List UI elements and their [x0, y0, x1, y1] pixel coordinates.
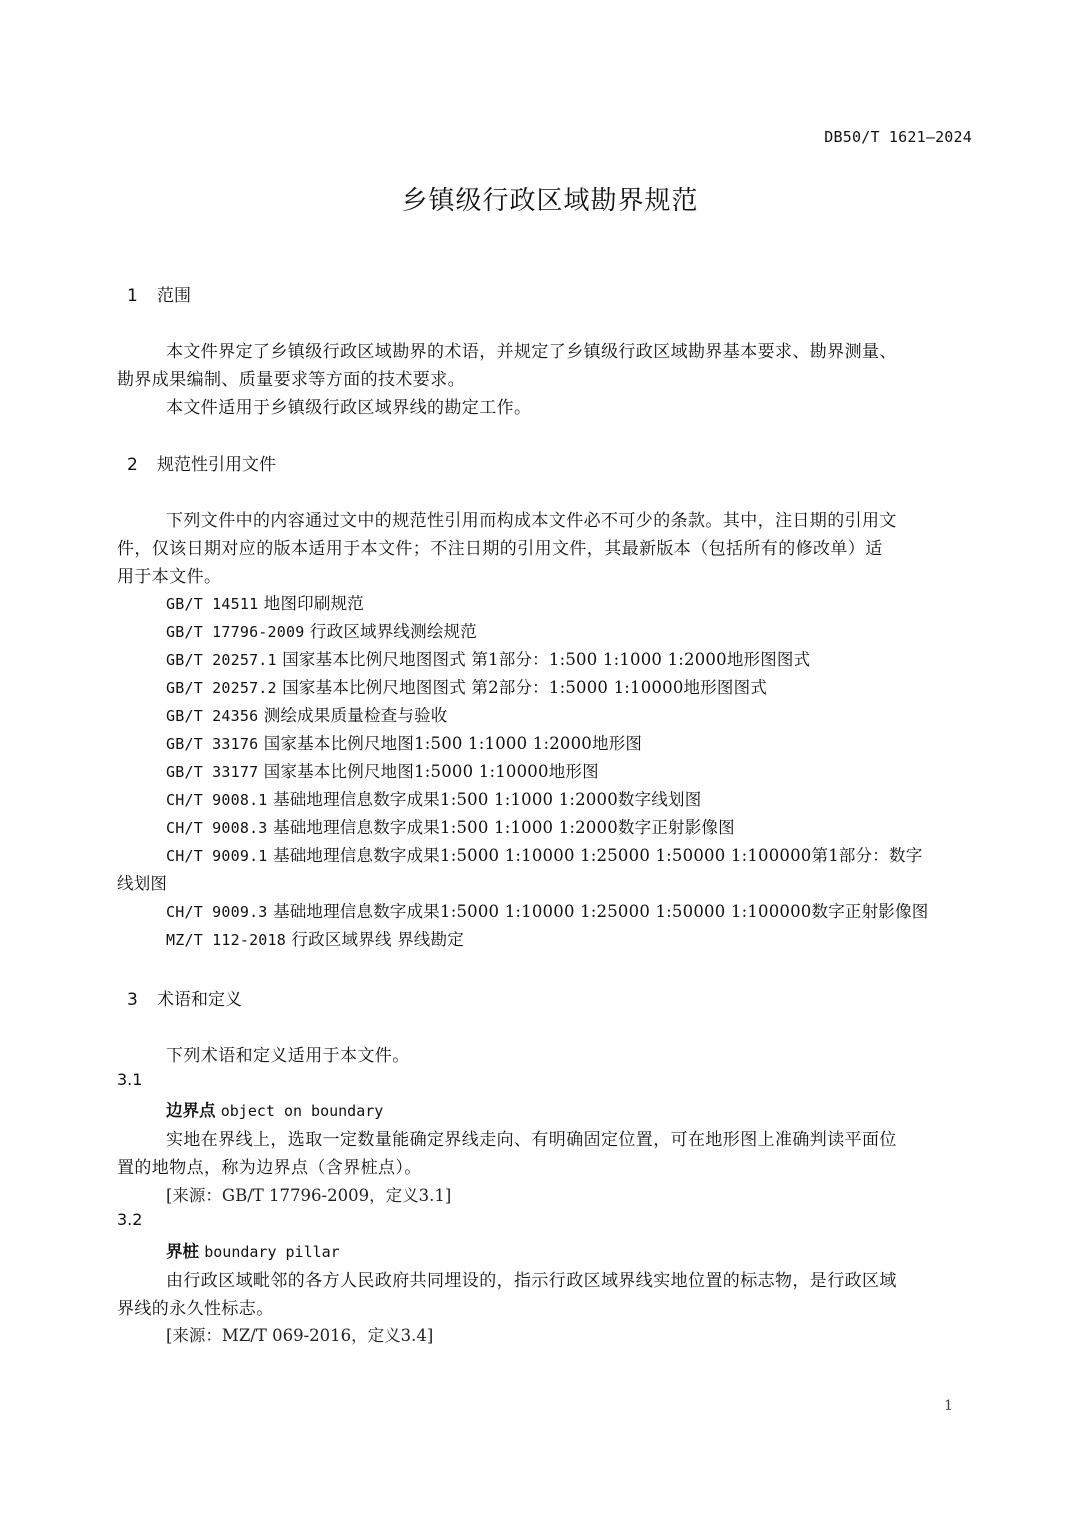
- reference-title: 地图印刷规范: [264, 594, 364, 613]
- reference-code: GB/T 20257.2: [166, 679, 277, 697]
- term-name: 界桩 boundary pillar: [166, 1238, 340, 1262]
- section-title: 范围: [157, 286, 191, 306]
- reference-item: GB/T 17796-2009 行政区域界线测绘规范: [166, 618, 477, 642]
- reference-title: 国家基本比例尺地图图式 第2部分：1:5000 1:10000地形图图式: [282, 678, 767, 697]
- reference-title: 基础地理信息数字成果1:500 1:1000 1:2000数字线划图: [273, 790, 701, 809]
- paragraph-line: 件，仅该日期对应的版本适用于本文件；不注日期的引用文件，其最新版本（包括所有的修…: [117, 534, 883, 559]
- reference-title: 测绘成果质量检查与验收: [264, 706, 448, 725]
- section-title: 规范性引用文件: [157, 455, 276, 475]
- document-title: 乡镇级行政区域勘界规范: [0, 180, 1074, 217]
- definition-line: 置的地物点，称为边界点（含界桩点）。: [117, 1153, 422, 1178]
- section-heading-normative-references: 2规范性引用文件: [127, 450, 276, 475]
- term-number: 3.1: [117, 1070, 142, 1089]
- paragraph-line: 勘界成果编制、质量要求等方面的技术要求。: [117, 365, 465, 390]
- reference-code: GB/T 20257.1: [166, 651, 277, 669]
- reference-code: CH/T 9008.3: [166, 819, 268, 837]
- section-number: 1: [127, 286, 157, 306]
- reference-item: GB/T 33176 国家基本比例尺地图1:500 1:1000 1:2000地…: [166, 730, 642, 754]
- section-heading-scope: 1范围: [127, 281, 191, 306]
- paragraph-line: 本文件界定了乡镇级行政区域勘界的术语，并规定了乡镇级行政区域勘界基本要求、勘界测…: [166, 337, 897, 362]
- reference-title: 行政区域界线 界线勘定: [291, 930, 463, 949]
- reference-item: GB/T 14511 地图印刷规范: [166, 590, 364, 614]
- reference-item: CH/T 9009.1 基础地理信息数字成果1:5000 1:10000 1:2…: [166, 842, 922, 866]
- reference-item: GB/T 20257.2 国家基本比例尺地图图式 第2部分：1:5000 1:1…: [166, 674, 767, 698]
- paragraph-line: 本文件适用于乡镇级行政区域界线的勘定工作。: [166, 393, 531, 418]
- definition-line: 实地在界线上，选取一定数量能确定界线走向、有明确固定位置，可在地形图上准确判读平…: [166, 1125, 897, 1150]
- term-name-zh: 边界点: [166, 1101, 216, 1120]
- section-title: 术语和定义: [157, 990, 242, 1010]
- term-name-en: object on boundary: [221, 1102, 384, 1120]
- term-source: [来源：GB/T 17796-2009，定义3.1]: [166, 1182, 451, 1206]
- reference-continuation: 线划图: [117, 870, 167, 894]
- reference-title: 国家基本比例尺地图1:500 1:1000 1:2000地形图: [264, 734, 642, 753]
- reference-code: CH/T 9008.1: [166, 791, 268, 809]
- reference-code: GB/T 33177: [166, 763, 258, 781]
- reference-item: CH/T 9008.3 基础地理信息数字成果1:500 1:1000 1:200…: [166, 814, 735, 838]
- standard-code: DB50/T 1621—2024: [824, 128, 972, 146]
- section-number: 2: [127, 455, 157, 475]
- reference-item: GB/T 24356 测绘成果质量检查与验收: [166, 702, 447, 726]
- term-name-zh: 界桩: [166, 1242, 199, 1261]
- reference-title: 基础地理信息数字成果1:500 1:1000 1:2000数字正射影像图: [273, 818, 735, 837]
- reference-code: GB/T 33176: [166, 735, 258, 753]
- reference-code: GB/T 17796-2009: [166, 623, 304, 641]
- term-source: [来源：MZ/T 069-2016，定义3.4]: [166, 1322, 433, 1346]
- reference-code: GB/T 14511: [166, 595, 258, 613]
- reference-title: 国家基本比例尺地图1:5000 1:10000地形图: [264, 762, 599, 781]
- paragraph-line: 用于本文件。: [117, 562, 221, 587]
- reference-item: GB/T 33177 国家基本比例尺地图1:5000 1:10000地形图: [166, 758, 599, 782]
- reference-code: MZ/T 112-2018: [166, 931, 286, 949]
- reference-code: GB/T 24356: [166, 707, 258, 725]
- page-number: 1: [944, 1398, 953, 1414]
- section-number: 3: [127, 990, 157, 1010]
- paragraph-line: 下列文件中的内容通过文中的规范性引用而构成本文件必不可少的条款。其中，注日期的引…: [166, 506, 897, 531]
- document-page: DB50/T 1621—2024 乡镇级行政区域勘界规范 1范围 本文件界定了乡…: [0, 0, 1074, 1520]
- reference-item: CH/T 9009.3 基础地理信息数字成果1:5000 1:10000 1:2…: [166, 898, 928, 922]
- reference-title: 基础地理信息数字成果1:5000 1:10000 1:25000 1:50000…: [273, 846, 922, 865]
- reference-title: 国家基本比例尺地图图式 第1部分：1:500 1:1000 1:2000地形图图…: [282, 650, 810, 669]
- reference-title: 行政区域界线测绘规范: [310, 622, 477, 641]
- reference-item: GB/T 20257.1 国家基本比例尺地图图式 第1部分：1:500 1:10…: [166, 646, 810, 670]
- definition-line: 由行政区域毗邻的各方人民政府共同埋设的，指示行政区域界线实地位置的标志物，是行政…: [166, 1266, 897, 1291]
- reference-item: CH/T 9008.1 基础地理信息数字成果1:500 1:1000 1:200…: [166, 786, 701, 810]
- term-name-en: boundary pillar: [204, 1243, 339, 1261]
- term-number: 3.2: [117, 1210, 142, 1229]
- definition-line: 界线的永久性标志。: [117, 1294, 274, 1319]
- term-name: 边界点 object on boundary: [166, 1097, 383, 1121]
- reference-title: 基础地理信息数字成果1:5000 1:10000 1:25000 1:50000…: [273, 902, 928, 921]
- paragraph-line: 下列术语和定义适用于本文件。: [166, 1041, 410, 1066]
- reference-code: CH/T 9009.3: [166, 903, 268, 921]
- reference-code: CH/T 9009.1: [166, 847, 268, 865]
- section-heading-terms: 3术语和定义: [127, 985, 242, 1010]
- reference-item: MZ/T 112-2018 行政区域界线 界线勘定: [166, 926, 464, 950]
